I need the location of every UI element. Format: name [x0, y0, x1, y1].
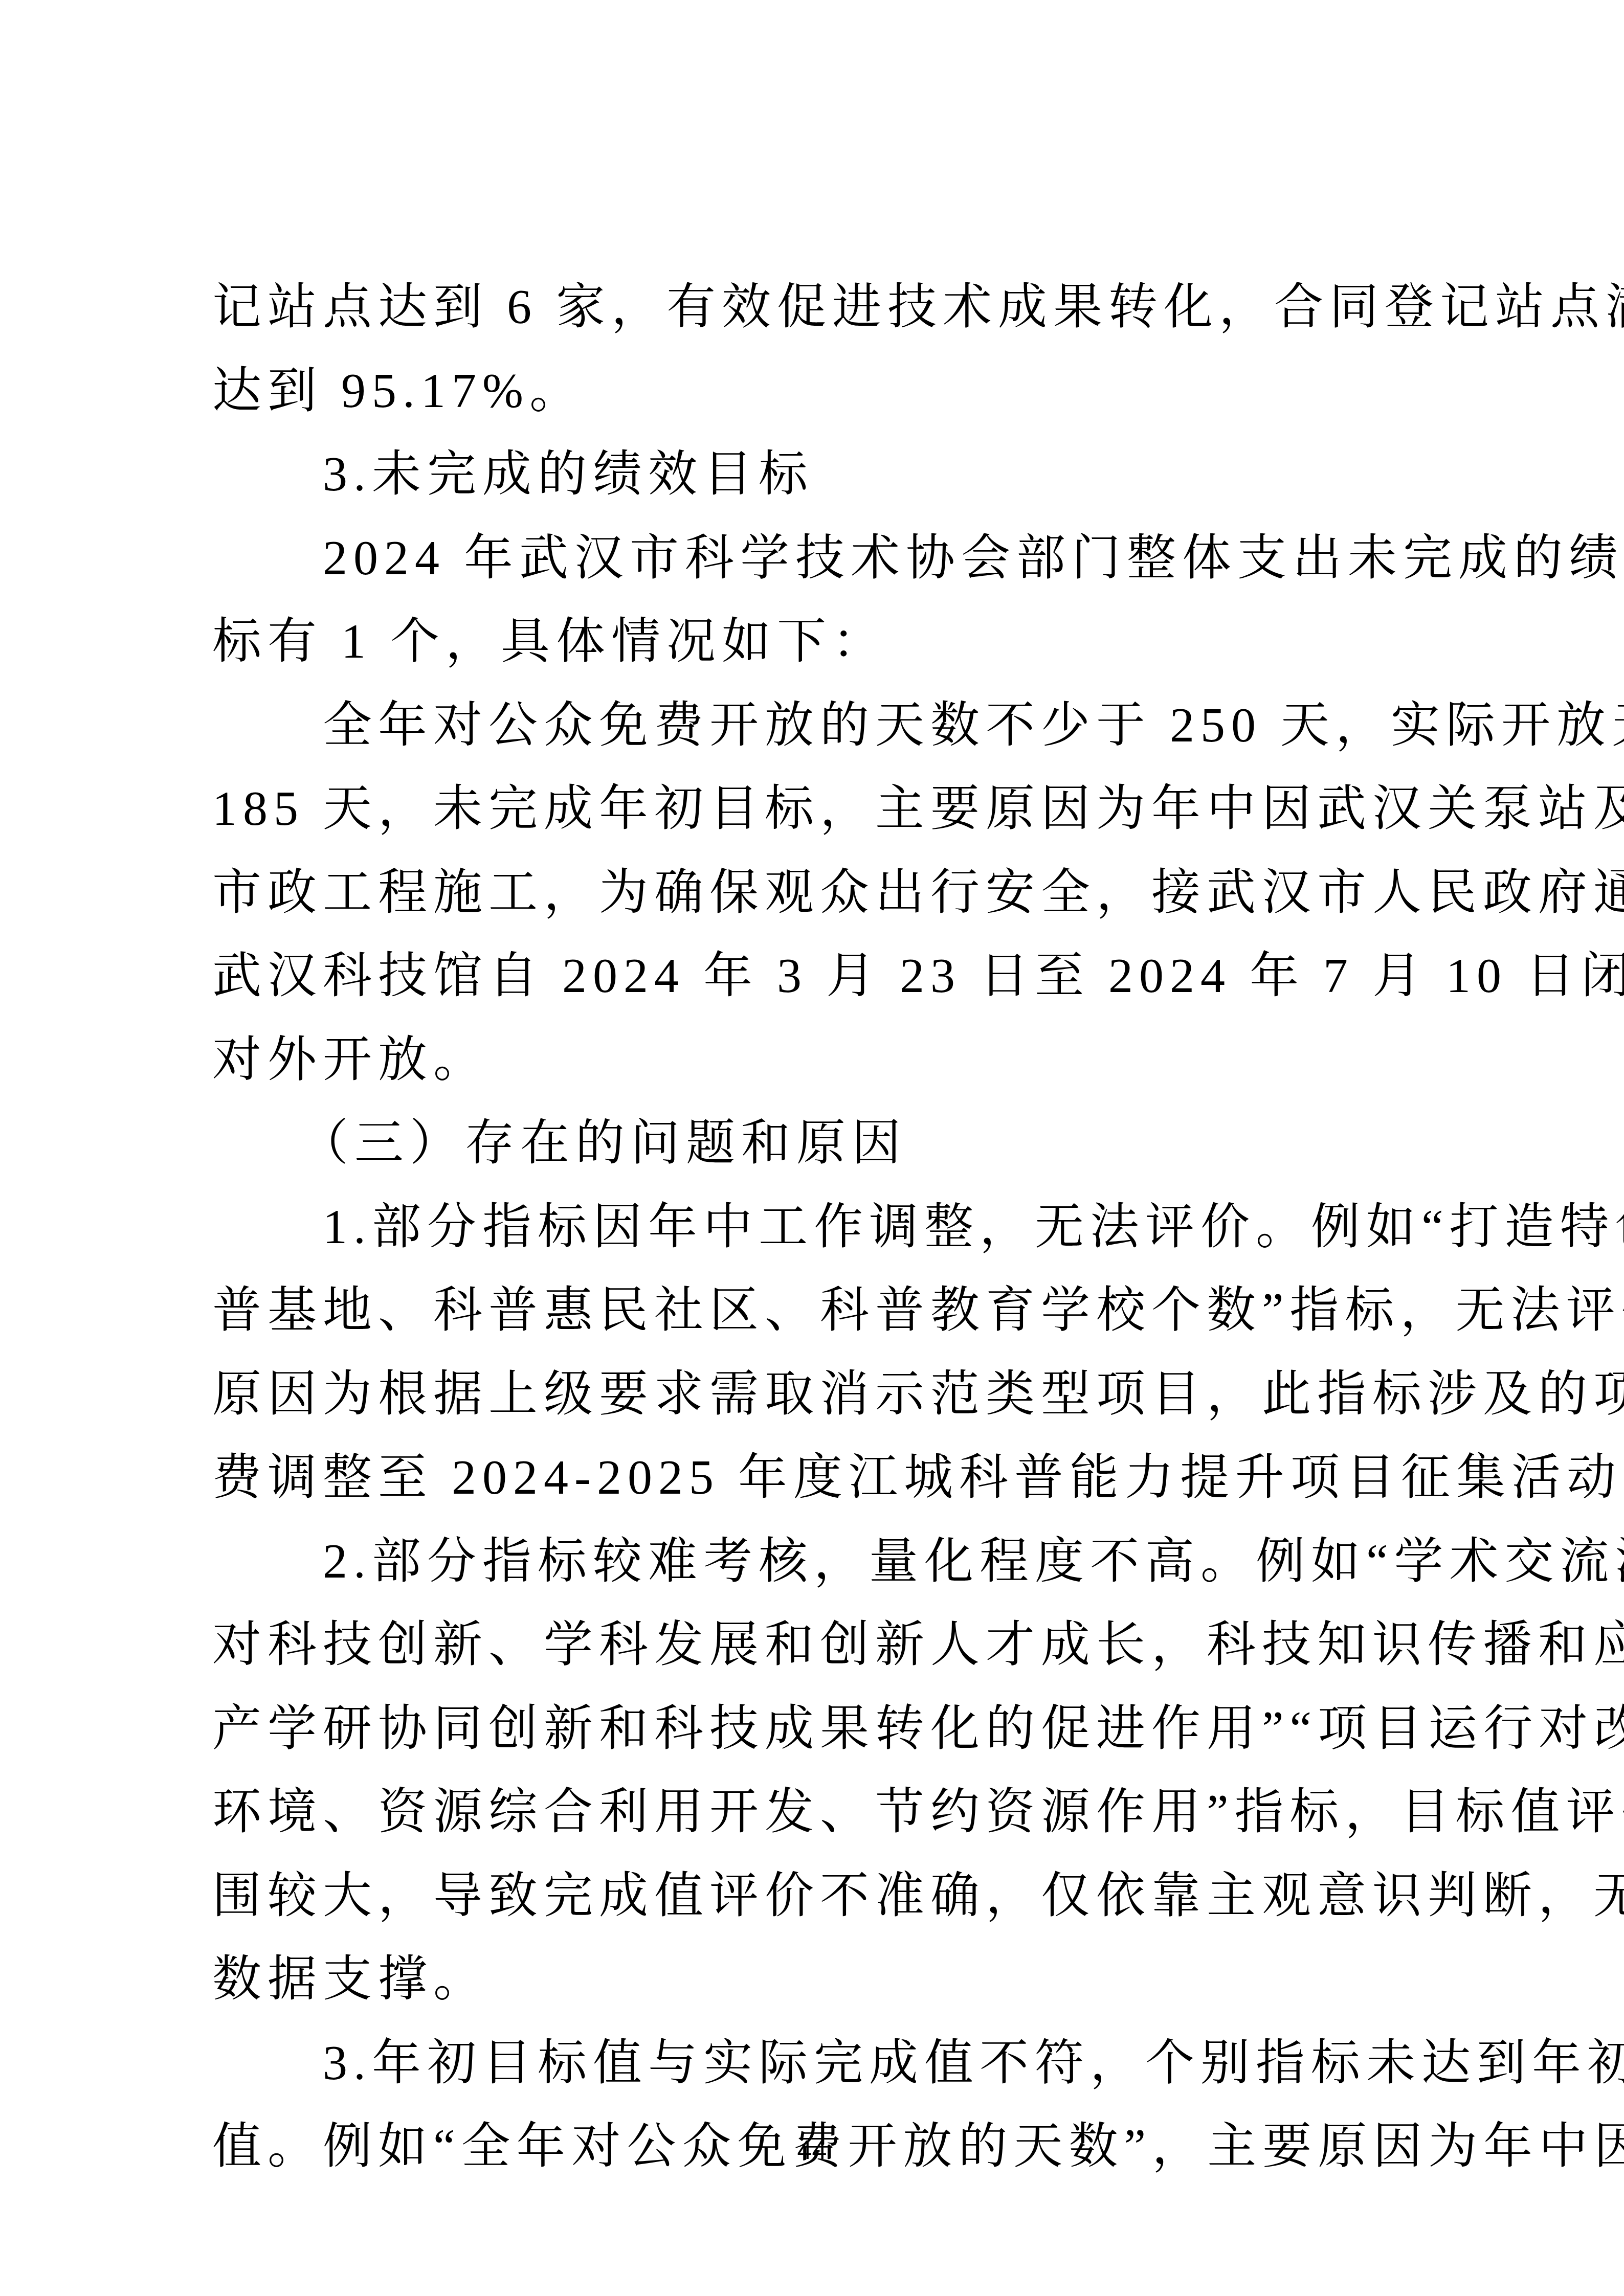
page-number: 44	[0, 2132, 1624, 2168]
paragraph-line: 标有 1 个，具体情况如下：	[212, 599, 1430, 683]
paragraph-line: 2.部分指标较难考核，量化程度不高。例如“学术交流活动	[212, 1519, 1430, 1603]
paragraph-line: 记站点达到 6 家，有效促进技术成果转化，合同登记站点满意度	[212, 265, 1430, 349]
paragraph-line: 武汉科技馆自 2024 年 3 月 23 日至 2024 年 7 月 10 日闭…	[212, 934, 1430, 1018]
paragraph-line: 普基地、科普惠民社区、科普教育学校个数”指标，无法评价的	[212, 1268, 1430, 1352]
subsection-heading: 3.未完成的绩效目标	[212, 432, 1430, 516]
paragraph-line: 达到 95.17%。	[212, 349, 1430, 433]
paragraph-line: 费调整至 2024-2025 年度江城科普能力提升项目征集活动。	[212, 1435, 1430, 1519]
paragraph-line: 全年对公众免费开放的天数不少于 250 天，实际开放天数为	[212, 683, 1430, 767]
section-heading: （三）存在的问题和原因	[212, 1101, 1430, 1185]
paragraph-line: 1.部分指标因年中工作调整，无法评价。例如“打造特色科	[212, 1185, 1430, 1269]
paragraph-line: 对外开放。	[212, 1018, 1430, 1101]
paragraph-line: 2024 年武汉市科学技术协会部门整体支出未完成的绩效指	[212, 516, 1430, 600]
paragraph-line: 数据支撑。	[212, 1937, 1430, 2021]
paragraph-line: 产学研协同创新和科技成果转化的促进作用”“项目运行对改善	[212, 1686, 1430, 1770]
paragraph-line: 185 天，未完成年初目标，主要原因为年中因武汉关泵站及配套	[212, 767, 1430, 850]
paragraph-line: 原因为根据上级要求需取消示范类型项目，此指标涉及的项目经	[212, 1352, 1430, 1436]
paragraph-line: 对科技创新、学科发展和创新人才成长，科技知识传播和应用，	[212, 1603, 1430, 1686]
paragraph-line: 市政工程施工，为确保观众出行安全，接武汉市人民政府通知，	[212, 850, 1430, 934]
paragraph-line: 3.年初目标值与实际完成值不符，个别指标未达到年初目标	[212, 2021, 1430, 2105]
paragraph-line: 围较大，导致完成值评价不准确，仅依靠主观意识判断，无有效	[212, 1854, 1430, 1938]
paragraph-line: 环境、资源综合利用开发、节约资源作用”指标，目标值评价范	[212, 1770, 1430, 1854]
document-body: 记站点达到 6 家，有效促进技术成果转化，合同登记站点满意度 达到 95.17%…	[212, 265, 1430, 2188]
